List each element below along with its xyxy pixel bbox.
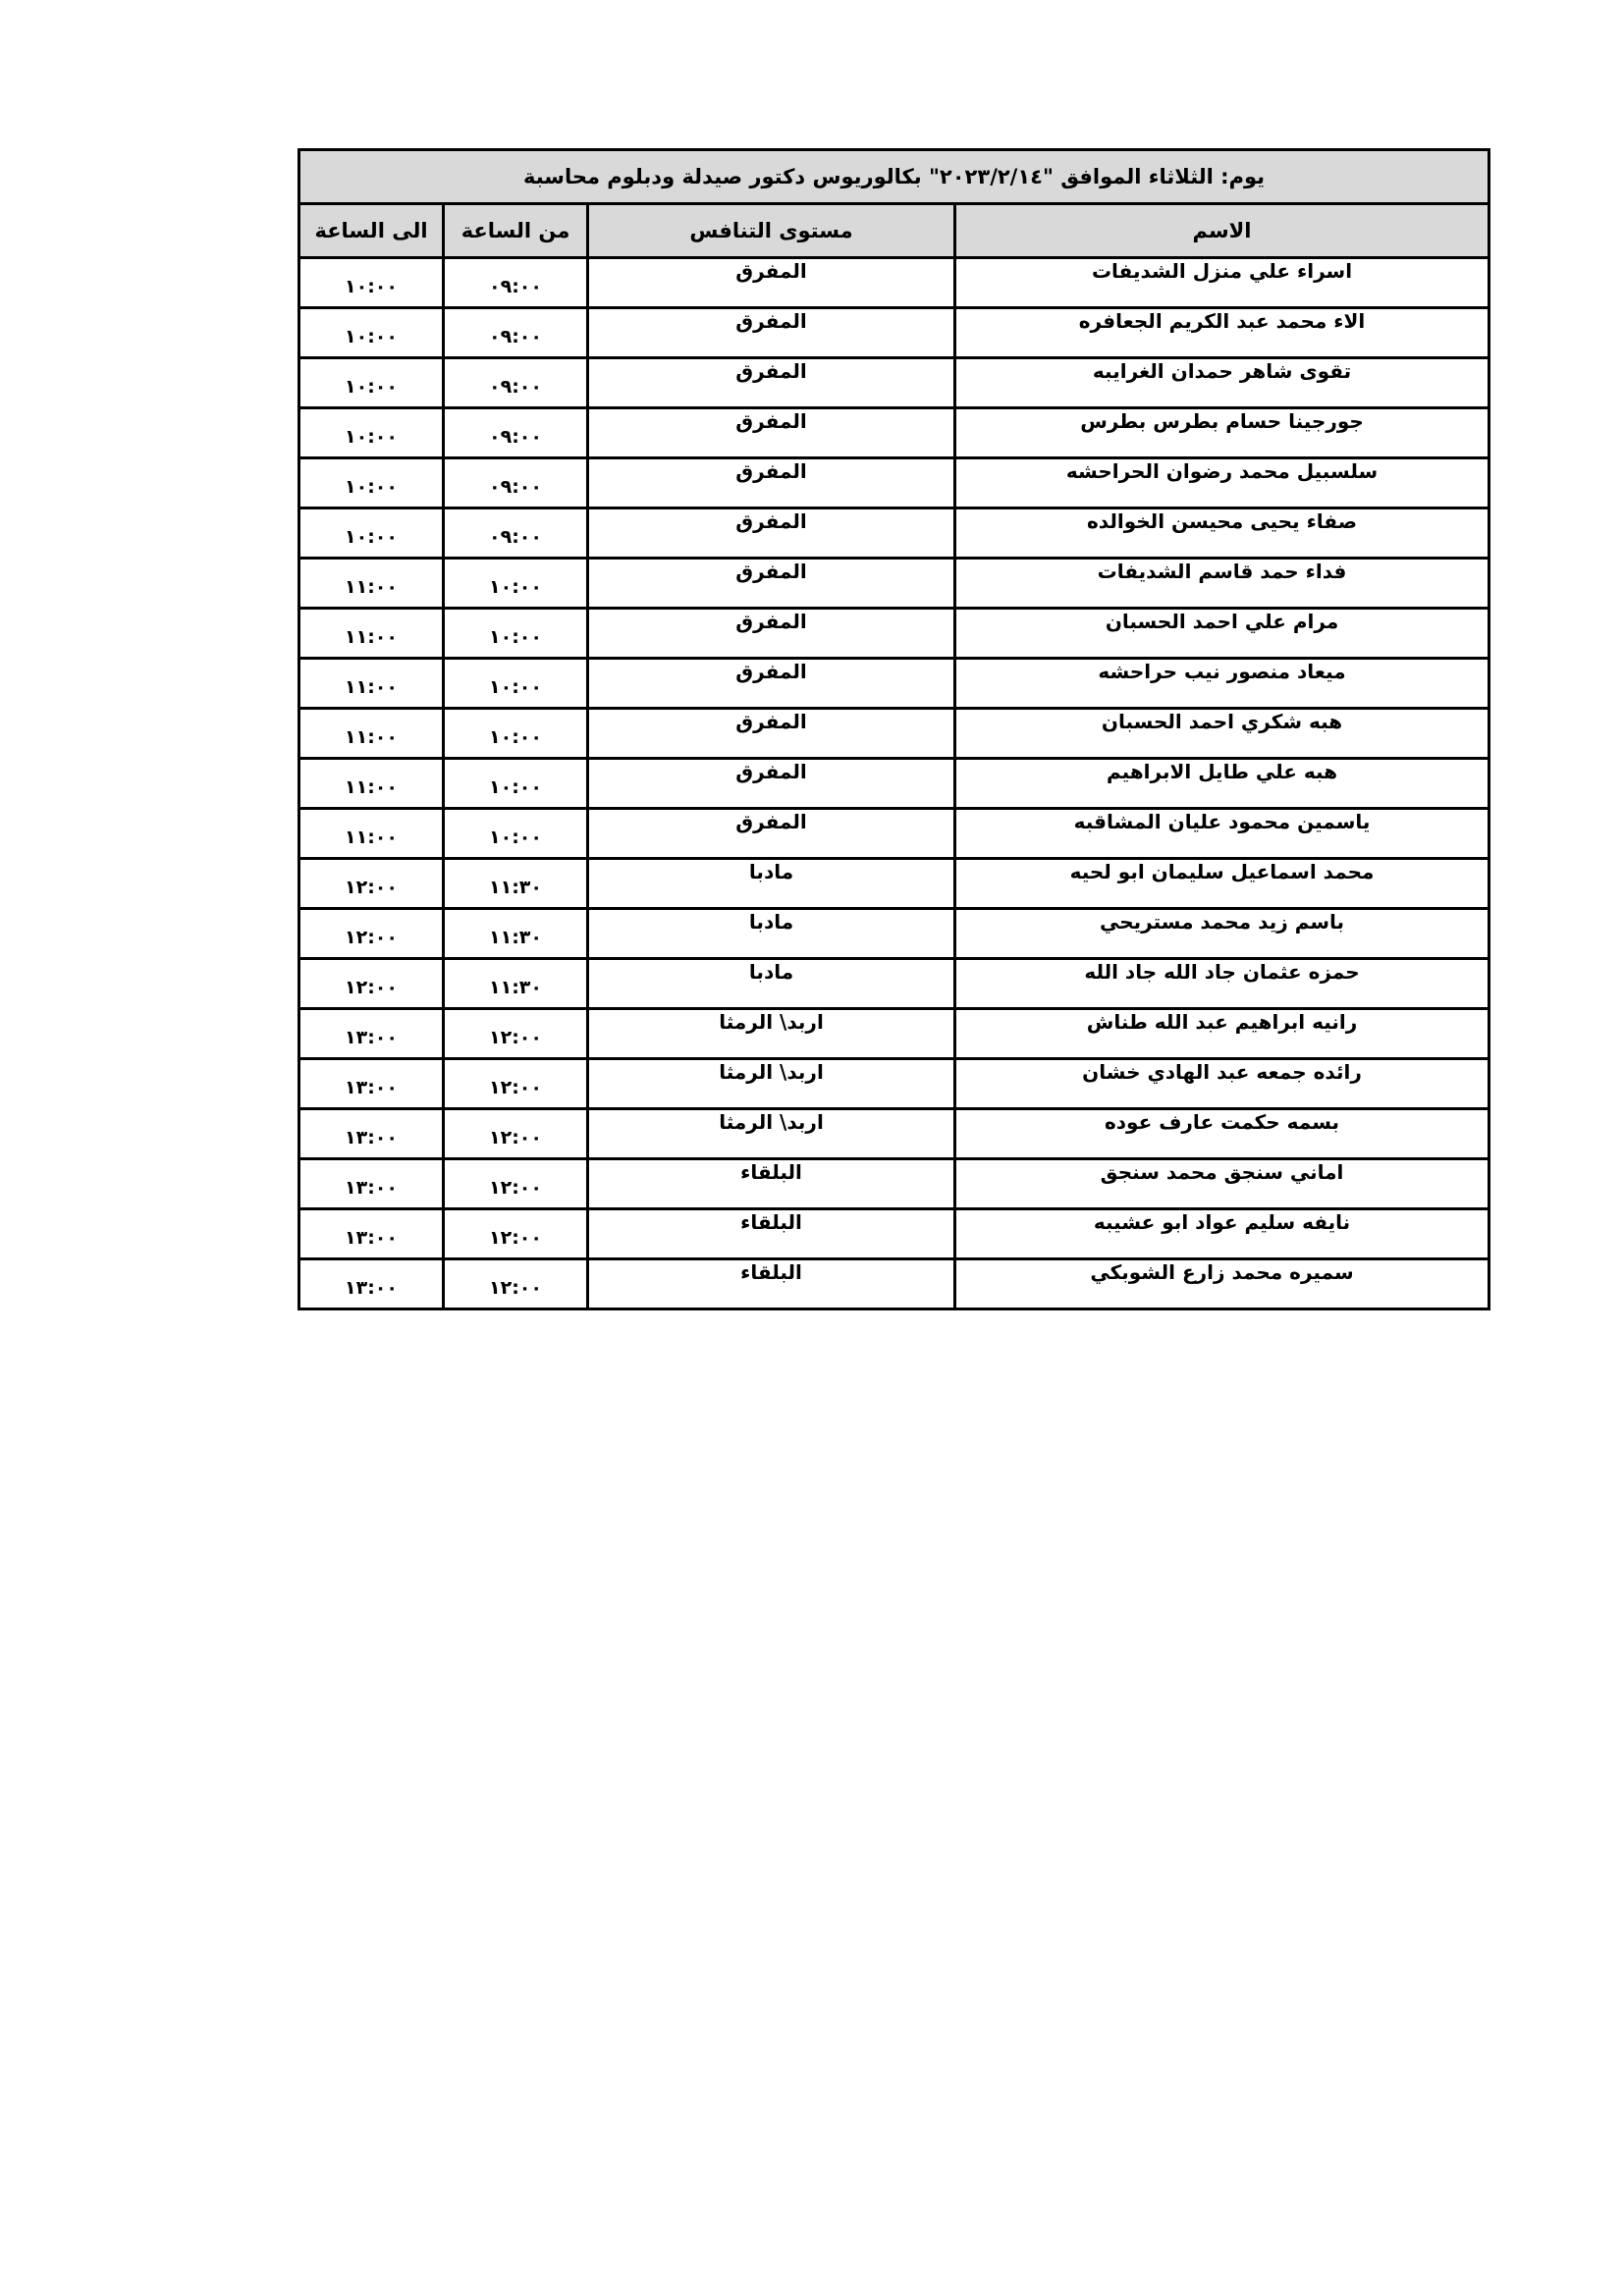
- table-row: اماني سنجق محمد سنجقالبلقاء١٢:٠٠١٣:٠٠: [299, 1159, 1489, 1209]
- cell-to: ١٣:٠٠: [299, 1259, 444, 1309]
- cell-level: مادبا: [588, 909, 955, 959]
- cell-to: ١١:٠٠: [299, 559, 444, 609]
- cell-name: صفاء يحيى محيسن الخوالده: [955, 508, 1489, 559]
- cell-to: ١٠:٠٠: [299, 408, 444, 458]
- cell-level: اربد\ الرمثا: [588, 1109, 955, 1159]
- cell-level: المفرق: [588, 308, 955, 358]
- cell-name: هبه علي طايل الابراهيم: [955, 759, 1489, 809]
- cell-name: مرام علي احمد الحسبان: [955, 609, 1489, 659]
- cell-from: ١٠:٠٠: [444, 709, 588, 759]
- cell-name: محمد اسماعيل سليمان ابو لحيه: [955, 859, 1489, 909]
- column-header-from: من الساعة: [444, 204, 588, 258]
- cell-level: اربد\ الرمثا: [588, 1009, 955, 1059]
- table-row: سلسبيل محمد رضوان الحراحشهالمفرق٠٩:٠٠١٠:…: [299, 458, 1489, 508]
- table-row: ياسمين محمود عليان المشاقبهالمفرق١٠:٠٠١١…: [299, 809, 1489, 859]
- table-row: ميعاد منصور نيب حراحشهالمفرق١٠:٠٠١١:٠٠: [299, 659, 1489, 709]
- table-row: جورجينا حسام بطرس بطرسالمفرق٠٩:٠٠١٠:٠٠: [299, 408, 1489, 458]
- cell-from: ٠٩:٠٠: [444, 258, 588, 308]
- table-row: محمد اسماعيل سليمان ابو لحيهمادبا١١:٣٠١٢…: [299, 859, 1489, 909]
- table-body: اسراء علي منزل الشديفاتالمفرق٠٩:٠٠١٠:٠٠ا…: [299, 258, 1489, 1309]
- cell-from: ١١:٣٠: [444, 959, 588, 1009]
- cell-level: البلقاء: [588, 1209, 955, 1259]
- cell-to: ١٠:٠٠: [299, 358, 444, 408]
- cell-from: ١٠:٠٠: [444, 559, 588, 609]
- cell-name: حمزه عثمان جاد الله جاد الله: [955, 959, 1489, 1009]
- schedule-table: يوم: الثلاثاء الموافق "٢٠٢٣/٢/١٤" بكالور…: [298, 148, 1490, 1310]
- cell-level: المفرق: [588, 408, 955, 458]
- cell-from: ١٢:٠٠: [444, 1259, 588, 1309]
- table-row: هبه شكري احمد الحسبانالمفرق١٠:٠٠١١:٠٠: [299, 709, 1489, 759]
- cell-from: ١٠:٠٠: [444, 759, 588, 809]
- cell-from: ٠٩:٠٠: [444, 308, 588, 358]
- cell-level: المفرق: [588, 559, 955, 609]
- cell-level: المفرق: [588, 659, 955, 709]
- cell-to: ١٢:٠٠: [299, 859, 444, 909]
- cell-to: ١١:٠٠: [299, 609, 444, 659]
- cell-to: ١٢:٠٠: [299, 959, 444, 1009]
- cell-to: ١٢:٠٠: [299, 909, 444, 959]
- table-row: اسراء علي منزل الشديفاتالمفرق٠٩:٠٠١٠:٠٠: [299, 258, 1489, 308]
- cell-name: بسمه حكمت عارف عوده: [955, 1109, 1489, 1159]
- table-row: رائده جمعه عبد الهادي خشاناربد\ الرمثا١٢…: [299, 1059, 1489, 1109]
- cell-from: ١١:٣٠: [444, 859, 588, 909]
- table-row: تقوى شاهر حمدان الغرايبهالمفرق٠٩:٠٠١٠:٠٠: [299, 358, 1489, 408]
- cell-to: ١٣:٠٠: [299, 1159, 444, 1209]
- cell-level: المفرق: [588, 609, 955, 659]
- cell-name: رانيه ابراهيم عبد الله طناش: [955, 1009, 1489, 1059]
- cell-from: ٠٩:٠٠: [444, 358, 588, 408]
- column-header-name: الاسم: [955, 204, 1489, 258]
- column-header-level: مستوى التنافس: [588, 204, 955, 258]
- cell-level: المفرق: [588, 709, 955, 759]
- table-row: مرام علي احمد الحسبانالمفرق١٠:٠٠١١:٠٠: [299, 609, 1489, 659]
- cell-from: ٠٩:٠٠: [444, 458, 588, 508]
- cell-name: نايفه سليم عواد ابو عشيبه: [955, 1209, 1489, 1259]
- cell-level: المفرق: [588, 458, 955, 508]
- table-title: يوم: الثلاثاء الموافق "٢٠٢٣/٢/١٤" بكالور…: [299, 150, 1489, 204]
- cell-level: مادبا: [588, 959, 955, 1009]
- cell-name: اماني سنجق محمد سنجق: [955, 1159, 1489, 1209]
- table-row: هبه علي طايل الابراهيمالمفرق١٠:٠٠١١:٠٠: [299, 759, 1489, 809]
- column-header-to: الى الساعة: [299, 204, 444, 258]
- table-row: رانيه ابراهيم عبد الله طناشاربد\ الرمثا١…: [299, 1009, 1489, 1059]
- cell-level: المفرق: [588, 358, 955, 408]
- document-page: يوم: الثلاثاء الموافق "٢٠٢٣/٢/١٤" بكالور…: [0, 0, 1624, 2296]
- cell-from: ٠٩:٠٠: [444, 508, 588, 559]
- cell-from: ١١:٣٠: [444, 909, 588, 959]
- cell-to: ١١:٠٠: [299, 659, 444, 709]
- cell-from: ١٢:٠٠: [444, 1209, 588, 1259]
- cell-level: اربد\ الرمثا: [588, 1059, 955, 1109]
- cell-level: البلقاء: [588, 1259, 955, 1309]
- cell-name: ميعاد منصور نيب حراحشه: [955, 659, 1489, 709]
- cell-to: ١٠:٠٠: [299, 258, 444, 308]
- cell-to: ١١:٠٠: [299, 809, 444, 859]
- cell-name: رائده جمعه عبد الهادي خشان: [955, 1059, 1489, 1109]
- cell-to: ١٠:٠٠: [299, 508, 444, 559]
- cell-to: ١٣:٠٠: [299, 1009, 444, 1059]
- cell-to: ١١:٠٠: [299, 759, 444, 809]
- cell-level: مادبا: [588, 859, 955, 909]
- cell-level: المفرق: [588, 809, 955, 859]
- cell-name: فداء حمد قاسم الشديفات: [955, 559, 1489, 609]
- cell-from: ١٢:٠٠: [444, 1009, 588, 1059]
- cell-to: ١١:٠٠: [299, 709, 444, 759]
- cell-name: هبه شكري احمد الحسبان: [955, 709, 1489, 759]
- cell-name: سلسبيل محمد رضوان الحراحشه: [955, 458, 1489, 508]
- cell-to: ١٣:٠٠: [299, 1109, 444, 1159]
- cell-level: المفرق: [588, 258, 955, 308]
- table-row: بسمه حكمت عارف عودهاربد\ الرمثا١٢:٠٠١٣:٠…: [299, 1109, 1489, 1159]
- table-row: الاء محمد عبد الكريم الجعافرهالمفرق٠٩:٠٠…: [299, 308, 1489, 358]
- cell-level: البلقاء: [588, 1159, 955, 1209]
- cell-to: ١٠:٠٠: [299, 458, 444, 508]
- cell-name: الاء محمد عبد الكريم الجعافره: [955, 308, 1489, 358]
- table-title-row: يوم: الثلاثاء الموافق "٢٠٢٣/٢/١٤" بكالور…: [299, 150, 1489, 204]
- cell-from: ١٠:٠٠: [444, 609, 588, 659]
- column-header-row: الاسم مستوى التنافس من الساعة الى الساعة: [299, 204, 1489, 258]
- table-row: صفاء يحيى محيسن الخوالدهالمفرق٠٩:٠٠١٠:٠٠: [299, 508, 1489, 559]
- cell-from: ١٠:٠٠: [444, 659, 588, 709]
- cell-to: ١٠:٠٠: [299, 308, 444, 358]
- cell-from: ١٠:٠٠: [444, 809, 588, 859]
- cell-from: ١٢:٠٠: [444, 1059, 588, 1109]
- table-row: فداء حمد قاسم الشديفاتالمفرق١٠:٠٠١١:٠٠: [299, 559, 1489, 609]
- table-row: نايفه سليم عواد ابو عشيبهالبلقاء١٢:٠٠١٣:…: [299, 1209, 1489, 1259]
- table-row: سميره محمد زارع الشوبكيالبلقاء١٢:٠٠١٣:٠٠: [299, 1259, 1489, 1309]
- table-row: باسم زيد محمد مستريحيمادبا١١:٣٠١٢:٠٠: [299, 909, 1489, 959]
- cell-to: ١٣:٠٠: [299, 1059, 444, 1109]
- cell-name: باسم زيد محمد مستريحي: [955, 909, 1489, 959]
- cell-from: ٠٩:٠٠: [444, 408, 588, 458]
- cell-from: ١٢:٠٠: [444, 1109, 588, 1159]
- cell-level: المفرق: [588, 508, 955, 559]
- cell-from: ١٢:٠٠: [444, 1159, 588, 1209]
- cell-name: جورجينا حسام بطرس بطرس: [955, 408, 1489, 458]
- cell-level: المفرق: [588, 759, 955, 809]
- cell-name: سميره محمد زارع الشوبكي: [955, 1259, 1489, 1309]
- table-row: حمزه عثمان جاد الله جاد اللهمادبا١١:٣٠١٢…: [299, 959, 1489, 1009]
- cell-to: ١٣:٠٠: [299, 1209, 444, 1259]
- cell-name: ياسمين محمود عليان المشاقبه: [955, 809, 1489, 859]
- cell-name: تقوى شاهر حمدان الغرايبه: [955, 358, 1489, 408]
- cell-name: اسراء علي منزل الشديفات: [955, 258, 1489, 308]
